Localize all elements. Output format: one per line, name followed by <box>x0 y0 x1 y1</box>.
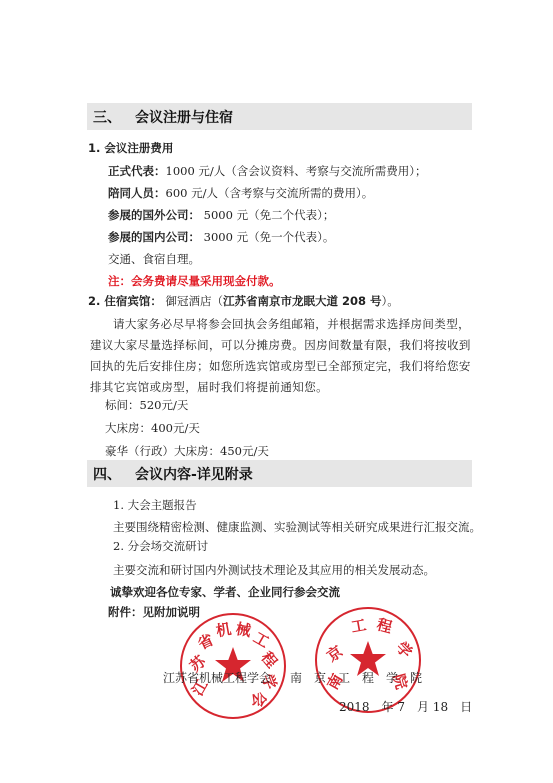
document-page: 三、 会议注册与住宿 1. 会议注册费用 正式代表：1000 元/人（含会议资料… <box>0 0 553 783</box>
room-name: 标间： <box>105 398 140 412</box>
content-item-2-desc: 主要交流和研讨国内外测试技术理论及其应用的相关发展动态。 <box>113 562 435 578</box>
fee-row-companion: 陪同人员：600 元/人（含考察与交流所需的费用）。 <box>108 185 373 201</box>
hotel-suffix: ）。 <box>382 294 399 308</box>
hotel-address: 江苏省南京市龙眠大道 208 号 <box>223 294 382 308</box>
section-4-header: 四、 会议内容-详见附录 <box>87 460 472 487</box>
section-3-number: 三、 <box>87 107 135 127</box>
room-king: 大床房：400元/天 <box>105 420 200 436</box>
hotel-paragraph: 请大家务必尽早将参会回执会务组邮箱，并根据需求选择房间类型，建议大家尽量选择标间… <box>90 314 472 398</box>
hotel-label: 2. 住宿宾馆： <box>88 294 162 308</box>
room-standard: 标间：520元/天 <box>105 397 188 413</box>
payment-note: 注：会务费请尽量采用现金付款。 <box>108 273 281 289</box>
section-3-header: 三、 会议注册与住宿 <box>87 103 472 130</box>
welcome-text: 诚挚欢迎各位专家、学者、企业同行参会交流 <box>110 584 340 600</box>
hotel-name: 御冠酒店（ <box>162 294 223 308</box>
signature-org-1: 江苏省机械工程学会 <box>163 670 271 686</box>
fee-value: 1000 元/人（含会议资料、考察与交流所需费用）； <box>166 164 427 178</box>
section-4-title: 会议内容-详见附录 <box>135 464 253 484</box>
fee-row-official: 正式代表：1000 元/人（含会议资料、考察与交流所需费用）； <box>108 163 427 179</box>
fee-label: 参展的国内公司： <box>108 230 200 244</box>
signature-date: 2018 年 7 月 18 日 <box>339 699 472 715</box>
seal-jiangsu-mechanical-engineering-society: 江 苏 省 机 械 工 程 学 会 <box>180 613 286 719</box>
signature-org-2: 南 京 工 程 学 院 <box>290 670 422 686</box>
fee-value: 3000 元（免一个代表）。 <box>200 230 334 244</box>
content-item-1-desc: 主要围绕精密检测、健康监测、实验测试等相关研究成果进行汇报交流。 <box>113 519 481 535</box>
fee-label: 参展的国外公司： <box>108 208 200 222</box>
room-price: 520元/天 <box>140 398 189 412</box>
section-3-title: 会议注册与住宿 <box>135 107 233 127</box>
hotel-line: 2. 住宿宾馆： 御冠酒店（江苏省南京市龙眠大道 208 号）。 <box>88 293 399 309</box>
attachment-text: 附件：见附加说明 <box>108 604 200 620</box>
fee-row-foreign-exhibitor: 参展的国外公司： 5000 元（免二个代表）； <box>108 207 334 223</box>
content-item-2-label: 2. 分会场交流研讨 <box>113 538 208 554</box>
room-price: 400元/天 <box>151 421 200 435</box>
self-pay-text: 交通、食宿自理。 <box>108 251 200 267</box>
fee-value: 600 元/人（含考察与交流所需的费用）。 <box>166 186 374 200</box>
seal-nanjing-institute-of-technology: 南 京 工 程 学 院 <box>315 607 421 713</box>
content-item-1-label: 1. 大会主题报告 <box>113 497 197 513</box>
fee-row-domestic-exhibitor: 参展的国内公司： 3000 元（免一个代表）。 <box>108 229 334 245</box>
registration-fee-heading: 1. 会议注册费用 <box>88 140 173 156</box>
room-price: 450元/天 <box>220 444 269 458</box>
fee-label: 正式代表： <box>108 164 166 178</box>
room-name: 大床房： <box>105 421 151 435</box>
section-4-number: 四、 <box>87 464 135 484</box>
room-deluxe: 豪华（行政）大床房：450元/天 <box>105 443 269 459</box>
room-name: 豪华（行政）大床房： <box>105 444 220 458</box>
fee-label: 陪同人员： <box>108 186 166 200</box>
fee-value: 5000 元（免二个代表）； <box>200 208 334 222</box>
